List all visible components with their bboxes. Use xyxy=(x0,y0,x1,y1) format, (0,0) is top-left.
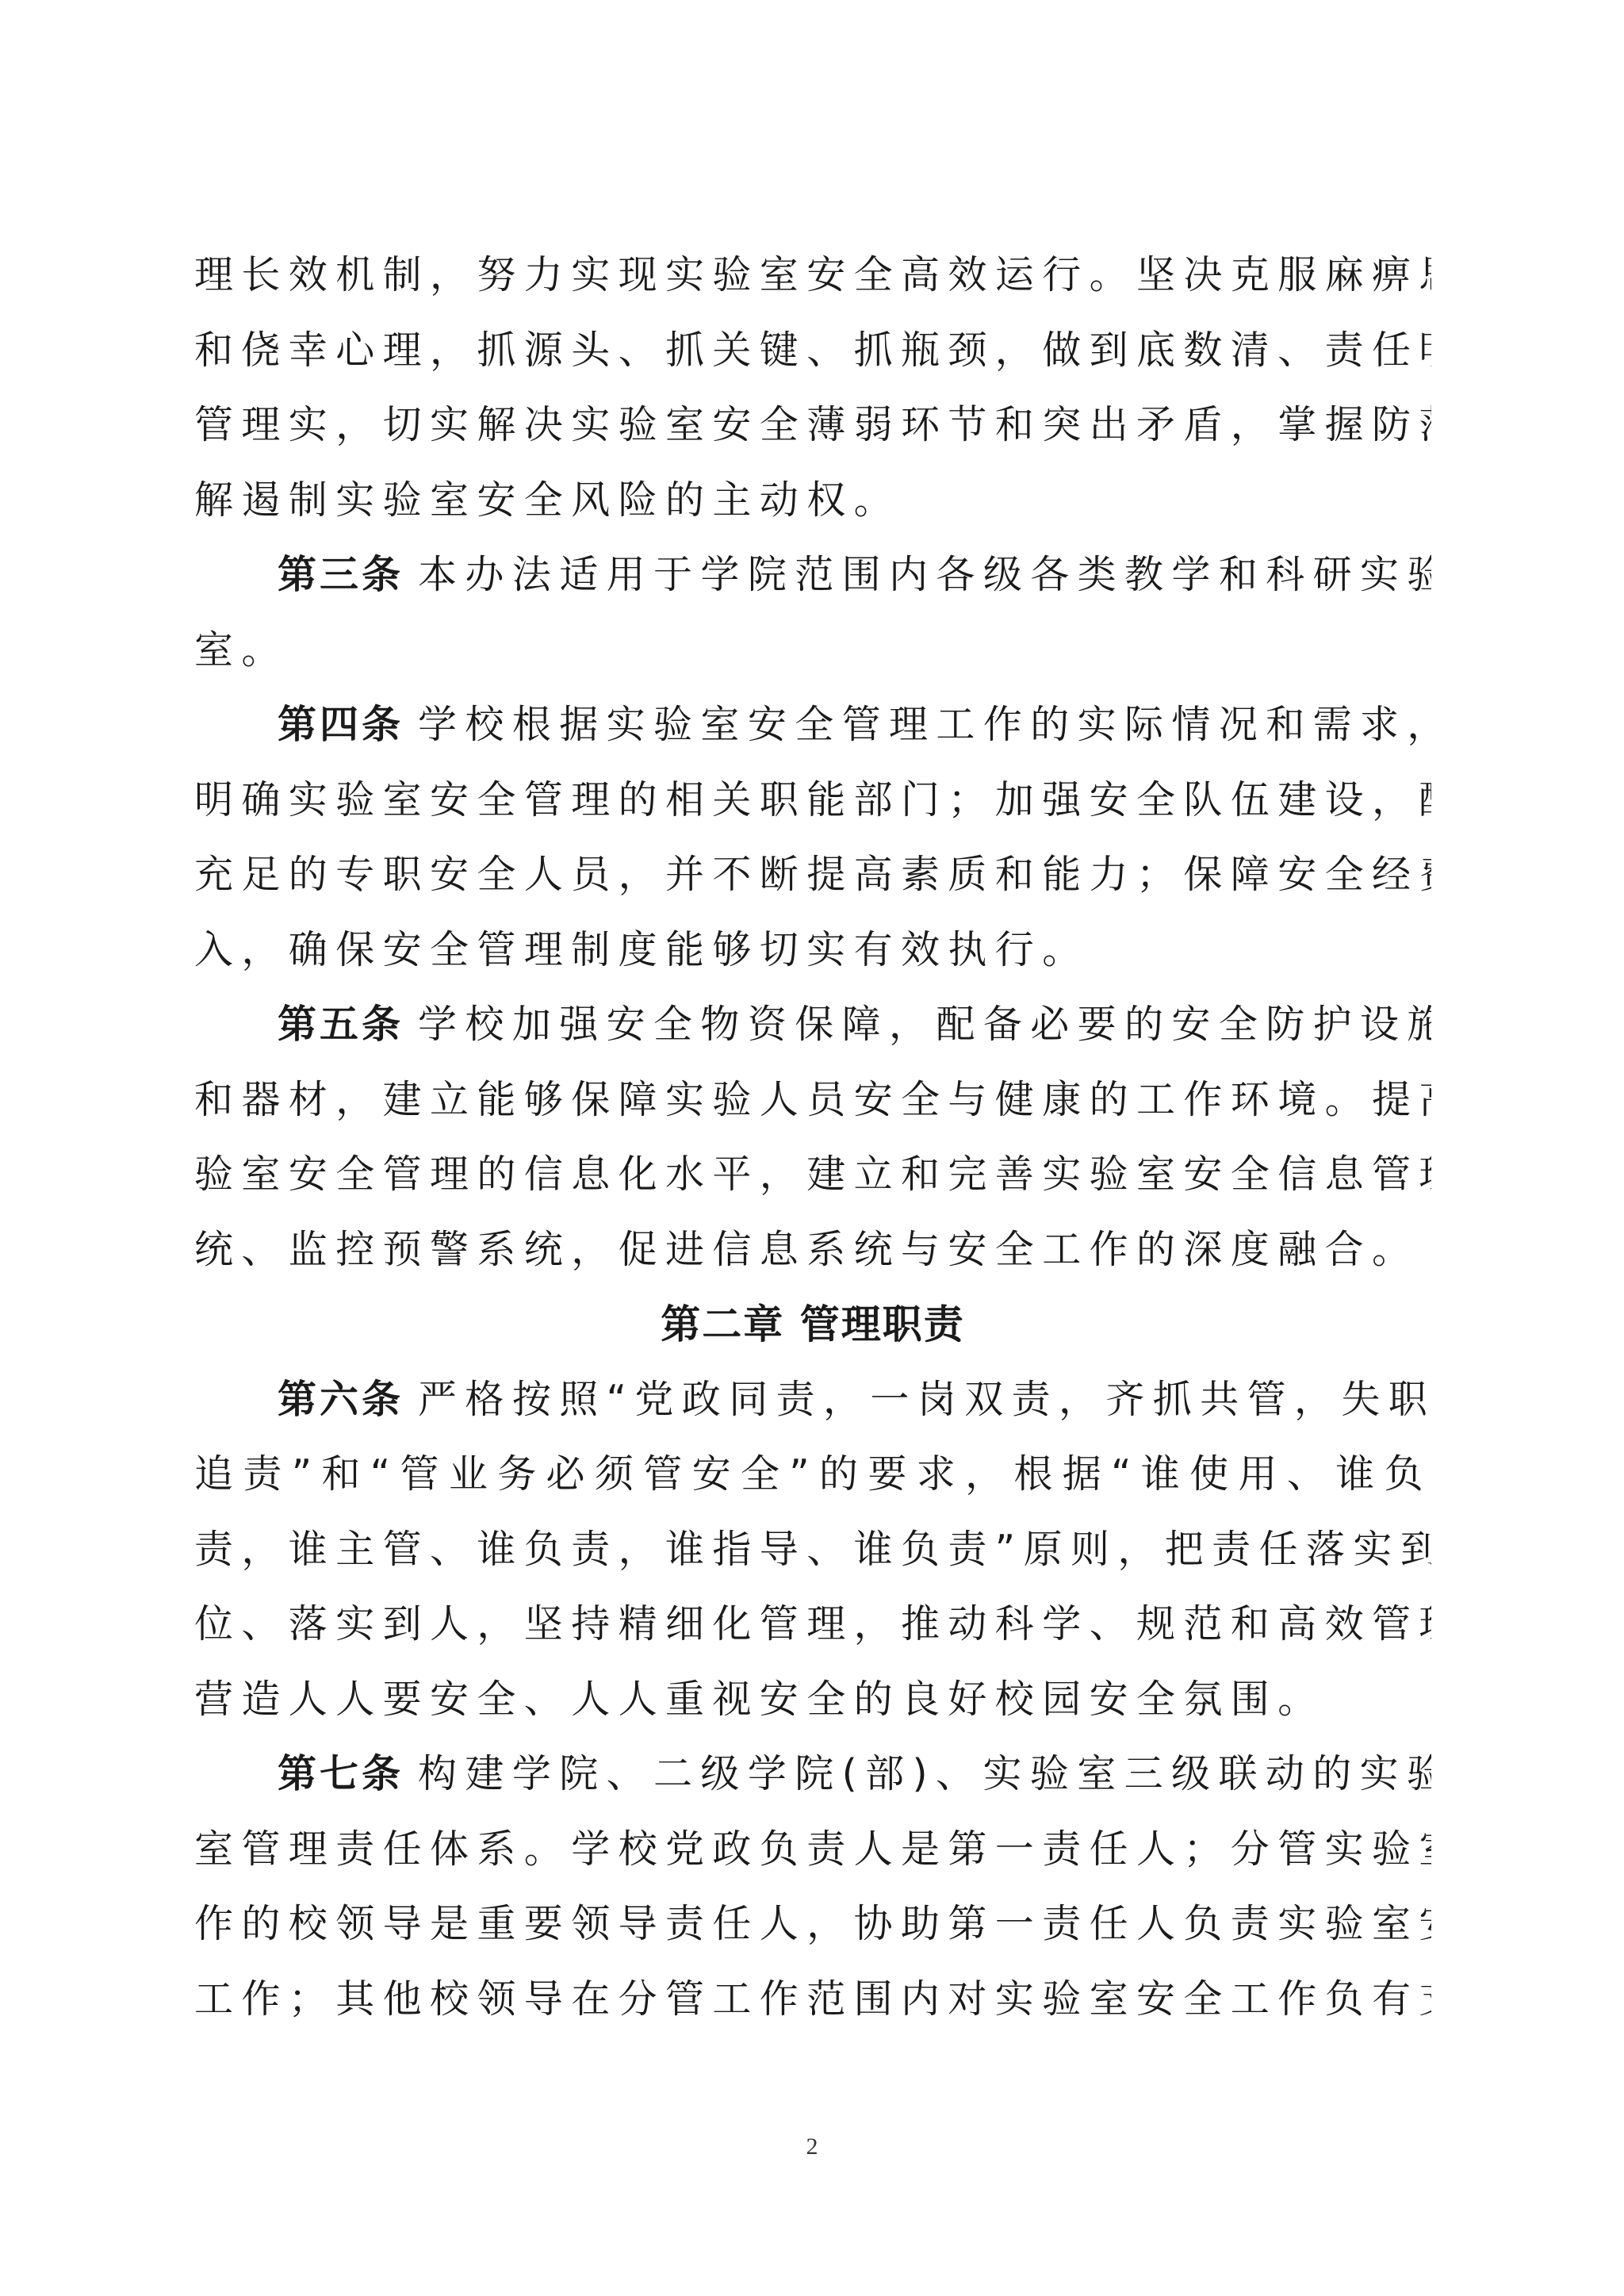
article-5: 第五条学校加强安全物资保障，配备必要的安全防护设施 和器材，建立能够保障实验人员… xyxy=(194,987,1431,1287)
text-line: 和侥幸心理，抓源头、抓关键、抓瓶颈，做到底数清、责任明、 xyxy=(194,313,1431,389)
text-line: 第五条学校加强安全物资保障，配备必要的安全防护设施 xyxy=(194,987,1431,1063)
article-3: 第三条本办法适用于学院范围内各级各类教学和科研实验 室。 xyxy=(194,538,1431,688)
article-label: 第七条 xyxy=(278,1751,404,1796)
article-7: 第七条构建学院、二级学院(部)、实验室三级联动的实验 室管理责任体系。学校党政负… xyxy=(194,1737,1431,2037)
text-line: 第三条本办法适用于学院范围内各级各类教学和科研实验 xyxy=(194,538,1431,613)
document-page: 理长效机制，努力实现实验室安全高效运行。坚决克服麻痹思想 和侥幸心理，抓源头、抓… xyxy=(0,0,1624,2296)
page-number: 2 xyxy=(0,2133,1624,2160)
article-text: 学校根据实验室安全管理工作的实际情况和需求， xyxy=(418,702,1431,747)
text-line: 室管理责任体系。学校党政负责人是第一责任人；分管实验室工 xyxy=(194,1812,1431,1888)
text-line: 统、监控预警系统，促进信息系统与安全工作的深度融合。 xyxy=(194,1213,1431,1288)
text-line: 第七条构建学院、二级学院(部)、实验室三级联动的实验 xyxy=(194,1737,1431,1812)
text-line: 营造人人要安全、人人重视安全的良好校园安全氛围。 xyxy=(194,1662,1431,1738)
article-6: 第六条严格按照“党政同责，一岗双责，齐抓共管，失职 追责”和“管业务必须管安全”… xyxy=(194,1363,1431,1738)
text-line: 验室安全管理的信息化水平，建立和完善实验室安全信息管理系 xyxy=(194,1137,1431,1213)
text-line: 责，谁主管、谁负责，谁指导、谁负责”原则，把责任落实到岗 xyxy=(194,1512,1431,1588)
text-line: 充足的专职安全人员，并不断提高素质和能力；保障安全经费投 xyxy=(194,838,1431,913)
text-line: 和器材，建立能够保障实验人员安全与健康的工作环境。提高实 xyxy=(194,1063,1431,1138)
text-line: 位、落实到人，坚持精细化管理，推动科学、规范和高效管理， xyxy=(194,1587,1431,1662)
article-text: 构建学院、二级学院(部)、实验室三级联动的实验 xyxy=(418,1751,1431,1796)
text-line: 作的校领导是重要领导责任人，协助第一责任人负责实验室安全 xyxy=(194,1887,1431,1962)
text-line: 解遏制实验室安全风险的主动权。 xyxy=(194,463,1431,539)
article-label: 第五条 xyxy=(278,1002,404,1047)
article-4: 第四条学校根据实验室安全管理工作的实际情况和需求， 明确实验室安全管理的相关职能… xyxy=(194,688,1431,987)
text-line: 入，确保安全管理制度能够切实有效执行。 xyxy=(194,913,1431,988)
article-text: 学校加强安全物资保障，配备必要的安全防护设施 xyxy=(418,1002,1431,1047)
text-line: 第四条学校根据实验室安全管理工作的实际情况和需求， xyxy=(194,688,1431,763)
text-line: 追责”和“管业务必须管安全”的要求，根据“谁使用、谁负 xyxy=(194,1437,1431,1512)
document-body: 理长效机制，努力实现实验室安全高效运行。坚决克服麻痹思想 和侥幸心理，抓源头、抓… xyxy=(194,238,1431,2037)
article-label: 第四条 xyxy=(278,702,404,747)
article-text: 严格按照“党政同责，一岗双责，齐抓共管，失职 xyxy=(418,1377,1431,1422)
text-line: 工作；其他校领导在分管工作范围内对实验室安全工作负有支 xyxy=(194,1962,1431,2037)
chapter-heading: 第二章 管理职责 xyxy=(194,1287,1431,1363)
article-text: 本办法适用于学院范围内各级各类教学和科研实验 xyxy=(418,552,1431,597)
text-line: 室。 xyxy=(194,613,1431,688)
text-line: 理长效机制，努力实现实验室安全高效运行。坚决克服麻痹思想 xyxy=(194,238,1431,313)
text-line: 第六条严格按照“党政同责，一岗双责，齐抓共管，失职 xyxy=(194,1363,1431,1438)
article-label: 第六条 xyxy=(278,1377,404,1422)
continuation-paragraph: 理长效机制，努力实现实验室安全高效运行。坚决克服麻痹思想 和侥幸心理，抓源头、抓… xyxy=(194,238,1431,538)
text-line: 管理实，切实解决实验室安全薄弱环节和突出矛盾，掌握防范化 xyxy=(194,388,1431,463)
text-line: 明确实验室安全管理的相关职能部门；加强安全队伍建设，配备 xyxy=(194,763,1431,838)
article-label: 第三条 xyxy=(278,552,404,597)
